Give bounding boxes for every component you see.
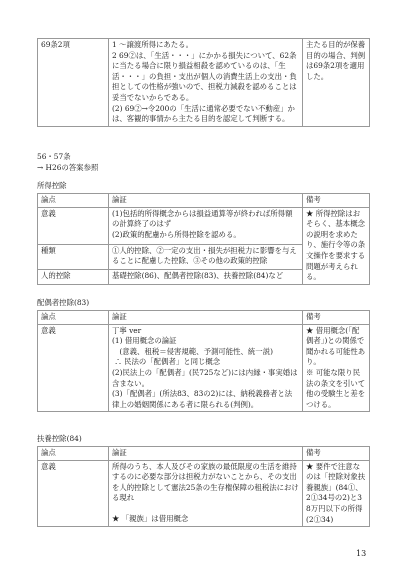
header-point: 論点 — [38, 311, 109, 325]
note-cell: 主たる目的が保養目的の場合、判例は69条2項を適用した。 — [303, 39, 370, 127]
note-cell: ★ 要件で注意なのは「控除対象扶養親族」(84①、2①34号の2)と38万円以下… — [303, 460, 370, 527]
header-note: 備考 — [303, 194, 370, 208]
table-header-row: 論点 論証 備考 — [38, 311, 370, 325]
note-cell: ★ 所得控除はおそらく、基本概念の説明を求めたり、施行令等の条文操作を要求する問… — [303, 207, 370, 284]
page-number: 13 — [356, 549, 366, 560]
section-title-income-deduction: 所得控除 — [37, 181, 67, 192]
point-cell: 種類 — [38, 244, 109, 270]
table-row: 69条2項 1 ～譲渡所得にあたる。 2 69②は、「生活・・・」にかかる損失に… — [38, 39, 370, 127]
note-cell: ★ 借用概念(「配偶者」)との関係で聞かれる可能性あり。 ※ 可能な限り民法の条… — [303, 324, 370, 412]
table-income-deduction: 論点 論証 備考 意義 (1)包括的所得概念からは損益通算等が終われば所得額の計… — [37, 193, 370, 285]
argument-cell: ①人的控除、②一定の支出・損失が担税力に影響を与えることに配慮した控除、③その他… — [109, 244, 303, 270]
point-cell: 意義 — [38, 324, 109, 412]
point-cell: 意義 — [38, 460, 109, 527]
header-note: 備考 — [303, 311, 370, 325]
table-row: 意義 所得のうち、本人及びその家族の最低限度の生活を維持するのに必要な部分は担税… — [38, 460, 370, 527]
argument-cell: 1 ～譲渡所得にあたる。 2 69②は、「生活・・・」にかかる損失について、62… — [109, 39, 303, 127]
table-spouse-deduction: 論点 論証 備考 意義 丁寧 ver (1) 借用概念の論証 (意義、租税＝侵害… — [37, 310, 370, 412]
argument-cell: 基礎控除(86)、配偶者控除(83)、扶養控除(84)など — [109, 270, 303, 284]
header-point: 論点 — [38, 194, 109, 208]
argument-cell: (1)包括的所得概念からは損益通算等が終われば所得額の計算終了のはず (2)政策… — [109, 207, 303, 244]
point-cell: 69条2項 — [38, 39, 109, 127]
argument-cell: 丁寧 ver (1) 借用概念の論証 (意義、租税＝侵害規範、予測可能性、統一説… — [109, 324, 303, 412]
header-argument: 論証 — [109, 447, 303, 461]
point-cell: 意義 — [38, 207, 109, 244]
table-row: 意義 丁寧 ver (1) 借用概念の論証 (意義、租税＝侵害規範、予測可能性、… — [38, 324, 370, 412]
table-header-row: 論点 論証 備考 — [38, 194, 370, 208]
point-cell: 人的控除 — [38, 270, 109, 284]
argument-cell: 所得のうち、本人及びその家族の最低限度の生活を維持するのに必要な部分は担税力がな… — [109, 460, 303, 527]
header-point: 論点 — [38, 447, 109, 461]
table-header-row: 論点 論証 備考 — [38, 447, 370, 461]
section-title-56-57: 56・57条 — [37, 152, 71, 163]
header-argument: 論証 — [109, 311, 303, 325]
header-argument: 論証 — [109, 194, 303, 208]
document-page: 69条2項 1 ～譲渡所得にあたる。 2 69②は、「生活・・・」にかかる損失に… — [0, 0, 410, 580]
header-note: 備考 — [303, 447, 370, 461]
table-row: 意義 (1)包括的所得概念からは損益通算等が終われば所得額の計算終了のはず (2… — [38, 207, 370, 244]
section-title-dependent-deduction: 扶養控除(84) — [37, 434, 82, 445]
table-69-2: 69条2項 1 ～譲渡所得にあたる。 2 69②は、「生活・・・」にかかる損失に… — [37, 38, 370, 127]
table-dependent-deduction: 論点 論証 備考 意義 所得のうち、本人及びその家族の最低限度の生活を維持するの… — [37, 446, 370, 527]
section-title-spouse-deduction: 配偶者控除(83) — [37, 298, 89, 309]
section-reference: → H26の答案参照 — [37, 163, 98, 174]
